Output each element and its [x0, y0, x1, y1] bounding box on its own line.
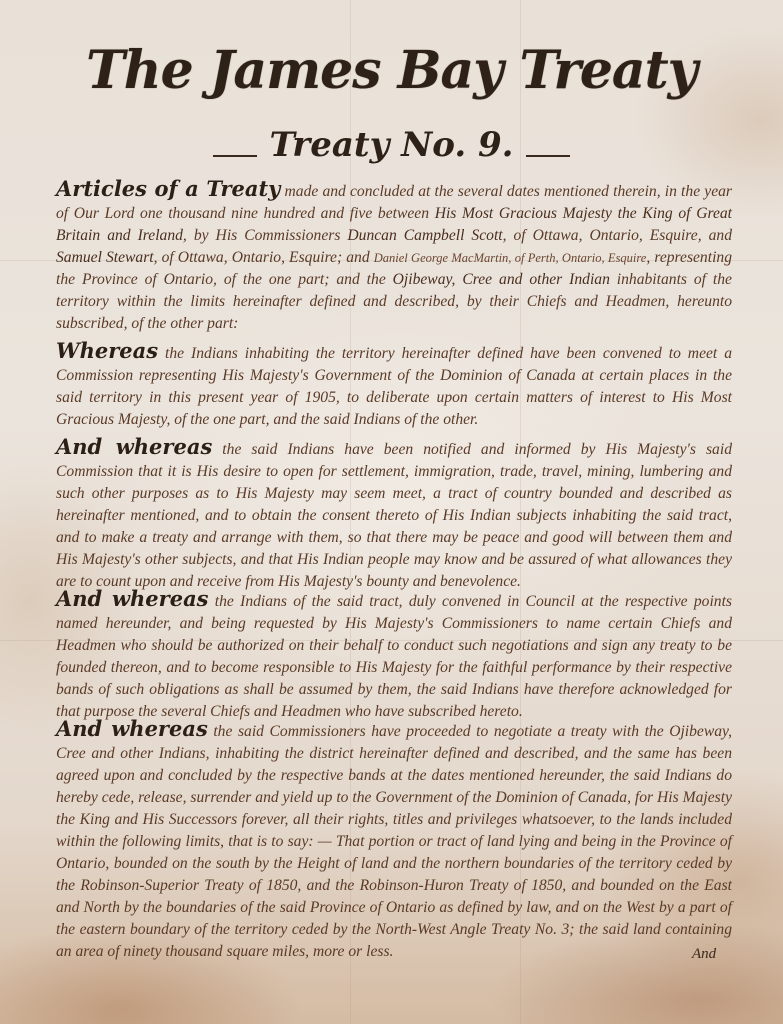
subtitle-row: Treaty No. 9. — [0, 125, 783, 165]
paragraph-lead: Whereas — [56, 338, 158, 363]
paragraph-text: the said Commissioners have proceeded to… — [56, 723, 732, 960]
paragraph-lead: And whereas — [56, 434, 212, 459]
commissioner-name: Samuel Stewart — [56, 249, 154, 266]
decorative-rule-left — [213, 155, 257, 157]
paragraph-text: the Indians inhabiting the territory her… — [56, 345, 732, 428]
catchword: And — [692, 946, 716, 963]
paragraph-lead: And whereas — [56, 586, 209, 611]
commissioner-name: Duncan Campbell Scott — [347, 227, 502, 244]
whereas-paragraph-3: And whereas the Indians of the said trac… — [56, 588, 732, 723]
whereas-paragraph-2: And whereas the said Indians have been n… — [56, 436, 732, 593]
paragraph-text: , of Ottawa, Ontario, Esquire; and — [154, 249, 374, 266]
paragraph-lead: Articles of a Treaty — [56, 176, 280, 201]
whereas-paragraph-4: And whereas the said Commissioners have … — [56, 718, 732, 963]
paragraph-text: the Indians of the said tract, duly conv… — [56, 593, 732, 720]
paragraph-lead: And whereas — [56, 716, 208, 741]
paragraph-text: , of Ottawa, Ontario, Esquire, and — [503, 227, 732, 244]
paragraph-text: the said Indians have been notified and … — [56, 441, 732, 590]
decorative-rule-right — [526, 155, 570, 157]
paragraph-text: , by His Commissioners — [183, 227, 347, 244]
inserted-commissioner-name: Daniel George MacMartin, of Perth, Ontar… — [374, 251, 647, 265]
treaty-document-page: The James Bay Treaty Treaty No. 9. Artic… — [0, 0, 783, 1024]
whereas-paragraph-1: Whereas the Indians inhabiting the terri… — [56, 340, 732, 431]
nations-name: Ojibeway, Cree and other Indian — [393, 271, 610, 288]
document-subtitle: Treaty No. 9. — [269, 125, 513, 165]
document-title: The James Bay Treaty — [0, 40, 783, 101]
preamble-paragraph: Articles of a Treaty made and concluded … — [56, 178, 732, 335]
